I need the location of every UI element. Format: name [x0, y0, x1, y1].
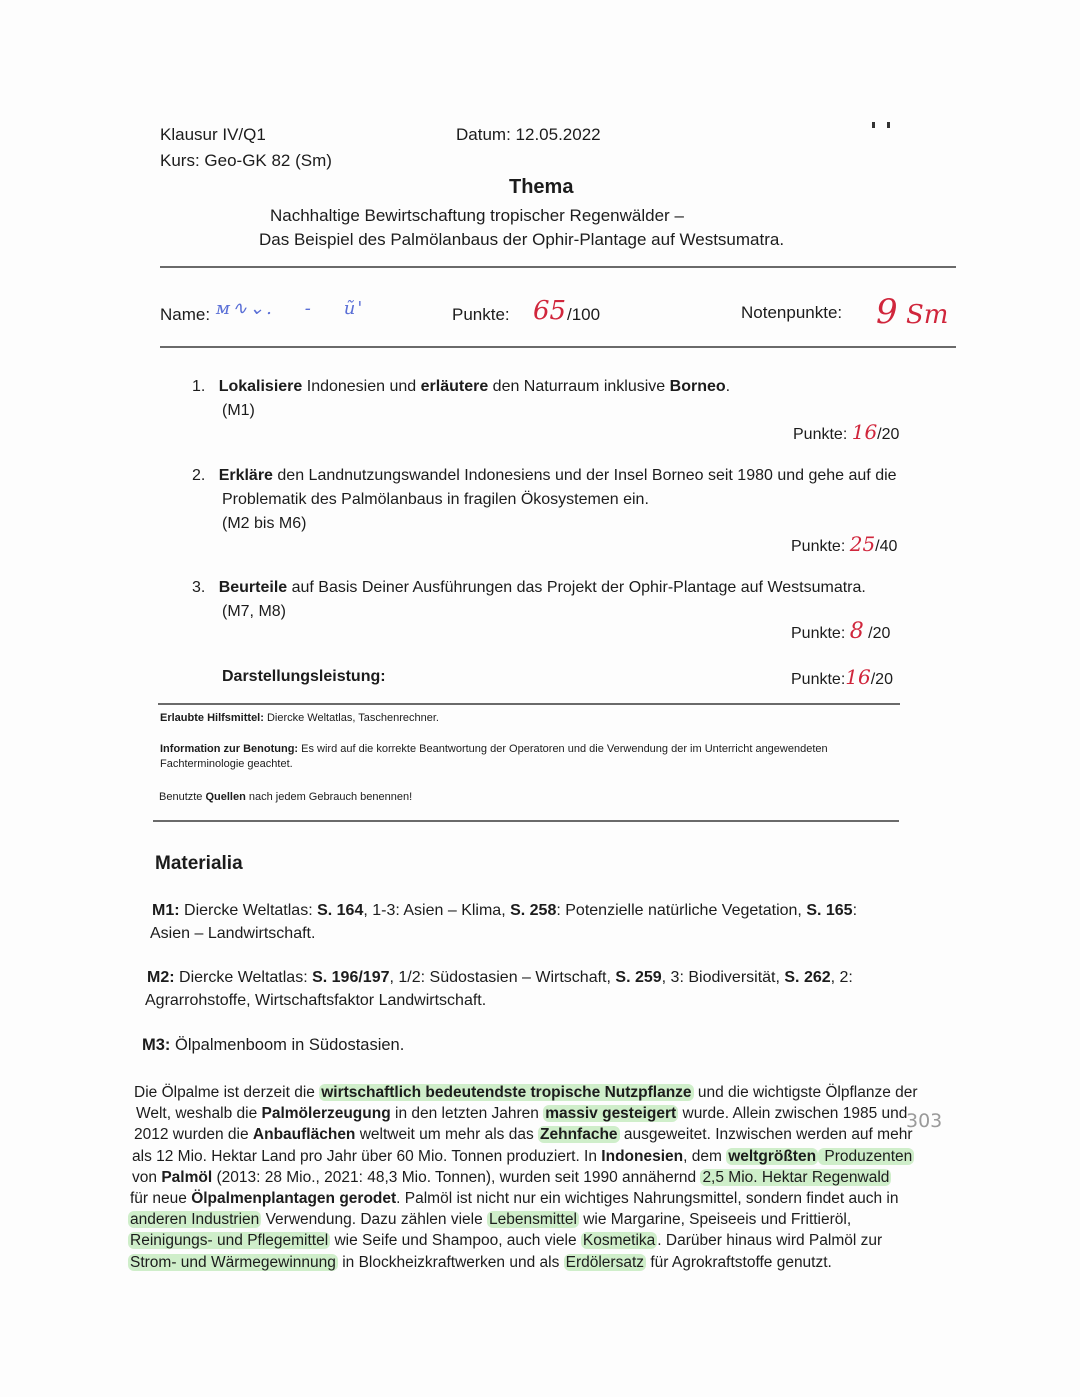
highlighted-term: anderen Industrien [128, 1211, 261, 1228]
task-2-materials: (M2 bis M6) [222, 513, 306, 535]
allowed-aids: Erlaubte Hilfsmittel: Diercke Weltatlas,… [160, 711, 439, 726]
highlighted-term: Kosmetika [581, 1232, 657, 1249]
m3-title: Ölpalmenboom in Südostasien. [170, 1036, 404, 1054]
sources-note: Benutzte Quellen nach jedem Gebrauch ben… [159, 790, 412, 805]
task-1-text: . [726, 378, 730, 395]
m2-page: S. 259 [615, 969, 661, 986]
notes-bottom-divider [153, 820, 899, 822]
text-segment: weltweit um mehr als das [355, 1126, 538, 1143]
topic-heading: Thema [509, 176, 573, 198]
exam-date: Datum: 12.05.2022 [456, 124, 601, 146]
m1-text: , 1-3: Asien – Klima, [363, 902, 510, 919]
text-segment: wie Seife und Shampoo, auch viele [330, 1232, 581, 1249]
name-label: Name: [160, 304, 210, 326]
allowed-aids-text: Diercke Weltatlas, Taschenrechner. [264, 712, 439, 724]
task-1-points-awarded: 16 [852, 420, 877, 444]
text-segment: , dem [683, 1148, 726, 1165]
text-segment: Die Ölpalme ist derzeit die [134, 1084, 319, 1101]
task-3-materials: (M7, M8) [222, 601, 286, 623]
task-1-materials: (M1) [222, 400, 255, 422]
m2-text: , 2: [831, 969, 853, 986]
m3-paragraph-line: anderen Industrien Verwendung. Dazu zähl… [128, 1209, 904, 1230]
highlighted-term: Lebensmittel [487, 1211, 579, 1228]
operator-erklaere: Erkläre [219, 467, 273, 484]
m2-page: S. 262 [784, 969, 830, 986]
m3-label: M3: [142, 1036, 170, 1054]
text-segment: Verwendung. Dazu zählen viele [261, 1211, 487, 1228]
task-2-number: 2. [192, 467, 205, 484]
text-segment: von [132, 1169, 161, 1186]
name-field[interactable]: ᴍ∿⌄. - ũ' [216, 298, 406, 338]
total-points-awarded: 65 [533, 296, 566, 326]
topic-line-1: Nachhaltige Bewirtschaftung tropischer R… [270, 205, 684, 227]
grader-initials: Sm [906, 300, 948, 330]
m3-paragraph-line: von Palmöl (2013: 28 Mio., 2021: 48,3 Mi… [128, 1167, 904, 1188]
sources-note-text: Benutzte [159, 791, 205, 803]
sources-keyword: Quellen [205, 791, 245, 803]
scan-mark [872, 122, 890, 128]
highlighted-term: Zehnfache [538, 1126, 620, 1143]
text-segment: und die wichtigste Ölpflanze der [694, 1084, 918, 1101]
m3-paragraph-line: Die Ölpalme ist derzeit die wirtschaftli… [128, 1082, 904, 1103]
task-3-points-max: /20 [868, 625, 890, 642]
course-label: Kurs: Geo-GK 82 (Sm) [160, 150, 332, 172]
task-3: 3. Beurteile auf Basis Deiner Ausführung… [192, 577, 866, 599]
task-3-text: auf Basis Deiner Ausführungen das Projek… [287, 579, 866, 596]
highlighted-term: weltgrößten [726, 1148, 818, 1165]
m1-text: : [853, 902, 857, 919]
text-segment: wurde. Allein zwischen 1985 und [678, 1105, 907, 1122]
total-points-max: /100 [567, 304, 600, 326]
grading-info-text: Es wird auf die korrekte Beantwortung de… [298, 743, 828, 755]
m2-text: , 3: Biodiversität, [662, 969, 785, 986]
operator-lokalisiere: Lokalisiere [219, 378, 303, 395]
presentation-points: Punkte:16/20 [791, 666, 893, 691]
grading-info-label: Information zur Benotung: [160, 743, 298, 755]
m1-page: S. 258 [510, 902, 556, 919]
task-2-line-2: Problematik des Palmölanbaus in fragilen… [222, 489, 649, 511]
task-1-points-max: /20 [877, 426, 899, 443]
presentation-label: Darstellungsleistung: [222, 666, 386, 688]
notes-top-divider [158, 703, 900, 705]
text-segment: Welt, weshalb die [136, 1105, 262, 1122]
material-m1-line-2: Asien – Landwirtschaft. [150, 923, 315, 945]
points-label: Punkte: [791, 625, 845, 642]
material-m1: M1: Diercke Weltatlas: S. 164, 1-3: Asie… [152, 900, 857, 922]
m3-paragraph: Die Ölpalme ist derzeit die wirtschaftli… [128, 1082, 904, 1273]
exam-title: Klausur IV/Q1 [160, 124, 266, 146]
points-label: Punkte: [793, 426, 847, 443]
text-segment: 2012 wurden die [134, 1126, 253, 1143]
task-1-text: Indonesien und [302, 378, 420, 395]
score-divider [160, 346, 956, 348]
highlighted-term: Erdölersatz [564, 1254, 646, 1271]
operator-beurteile: Beurteile [219, 579, 287, 596]
m1-label: M1: [152, 902, 180, 919]
highlighted-term: massiv gesteigert [543, 1105, 678, 1122]
highlighted-term: Strom- und Wärmegewinnung [128, 1254, 338, 1271]
text-segment: wie Margarine, Speiseeis und Frittieröl, [579, 1211, 851, 1228]
m2-label: M2: [147, 969, 175, 986]
material-m3: M3: Ölpalmenboom in Südostasien. [142, 1034, 404, 1056]
task-2-points-max: /40 [875, 538, 897, 555]
presentation-points-max: /20 [871, 671, 893, 688]
task-2: 2. Erkläre den Landnutzungswandel Indone… [192, 465, 897, 487]
allowed-aids-label: Erlaubte Hilfsmittel: [160, 712, 264, 724]
task-1-number: 1. [192, 378, 205, 395]
total-points-label: Punkte: [452, 304, 510, 326]
material-m2: M2: Diercke Weltatlas: S. 196/197, 1/2: … [147, 967, 853, 989]
task-2-points-awarded: 25 [850, 532, 875, 556]
text-segment: ausgeweitet. Inzwischen werden auf mehr [620, 1126, 913, 1143]
date-value: 12.05.2022 [516, 125, 601, 144]
m1-text: Diercke Weltatlas: [180, 902, 318, 919]
task-2-text: den Landnutzungswandel Indonesiens und d… [273, 467, 897, 484]
m3-paragraph-line: als 12 Mio. Hektar Land pro Jahr über 60… [128, 1146, 904, 1167]
bold-term: Palmölerzeugung [262, 1105, 391, 1122]
m3-paragraph-line: Reinigungs- und Pflegemittel wie Seife u… [128, 1230, 904, 1251]
task-1-points: Punkte: 16/20 [793, 421, 899, 446]
grade-awarded: 9 [876, 292, 898, 332]
text-segment: in den letzten Jahren [391, 1105, 544, 1122]
highlighted-term: wirtschaftlich bedeutendste tropische Nu… [319, 1084, 693, 1101]
bold-term: Anbauflächen [253, 1126, 355, 1143]
text-segment: für Agrokraftstoffe genutzt. [646, 1254, 832, 1271]
text-segment: in Blockheizkraftwerken und als [338, 1254, 564, 1271]
header-divider [160, 266, 956, 268]
highlighted-term: 2,5 Mio. Hektar Regenwald [700, 1169, 891, 1186]
task-2-points: Punkte: 25/40 [791, 533, 897, 558]
task-3-points-awarded: 8 [850, 619, 864, 644]
grade-label: Notenpunkte: [741, 302, 842, 324]
m3-paragraph-line: 2012 wurden die Anbauflächen weltweit um… [128, 1124, 904, 1145]
bold-term: Palmöl [161, 1169, 212, 1186]
materials-heading: Materialia [155, 853, 243, 875]
bold-term: Ölpalmenplantagen gerodet [191, 1190, 396, 1207]
text-segment: . Darüber hinaus wird Palmöl zur [657, 1232, 882, 1249]
operator-erlaeutere: erläutere [421, 378, 489, 395]
topic-line-2: Das Beispiel des Palmölanbaus der Ophir-… [259, 229, 784, 251]
m2-page: S. 196/197 [312, 969, 389, 986]
material-m2-line-2: Agrarrohstoffe, Wirtschaftsfaktor Landwi… [145, 990, 486, 1012]
date-label: Datum: [456, 125, 511, 144]
highlighted-term: Produzenten [818, 1148, 914, 1165]
grading-info: Information zur Benotung: Es wird auf di… [160, 742, 920, 772]
task-1-keyword: Borneo [670, 378, 726, 395]
m3-paragraph-line: Strom- und Wärmegewinnung in Blockheizkr… [128, 1252, 904, 1273]
m3-paragraph-line: für neue Ölpalmenplantagen gerodet. Palm… [128, 1188, 904, 1209]
points-label: Punkte: [791, 671, 845, 688]
task-1-text: den Naturraum inklusive [488, 378, 669, 395]
text-segment: als 12 Mio. Hektar Land pro Jahr über 60… [132, 1148, 601, 1165]
bold-term: Indonesien [601, 1148, 683, 1165]
grading-info-text-2: Fachterminologie geachtet. [160, 758, 293, 770]
text-segment: . Palmöl ist nicht nur ein wichtiges Nah… [396, 1190, 898, 1207]
sources-note-text: nach jedem Gebrauch benennen! [246, 791, 412, 803]
m2-text: , 1/2: Südostasien – Wirtschaft, [390, 969, 616, 986]
task-1: 1. Lokalisiere Indonesien und erläutere … [192, 376, 730, 398]
m1-page: S. 165 [806, 902, 852, 919]
task-3-number: 3. [192, 579, 205, 596]
text-segment: für neue [130, 1190, 191, 1207]
points-label: Punkte: [791, 538, 845, 555]
m3-paragraph-line: Welt, weshalb die Palmölerzeugung in den… [128, 1103, 904, 1124]
m1-text: : Potenzielle natürliche Vegetation, [556, 902, 806, 919]
m2-text: Diercke Weltatlas: [175, 969, 313, 986]
presentation-points-awarded: 16 [845, 665, 870, 689]
highlighted-term: Reinigungs- und Pflegemittel [128, 1232, 330, 1249]
margin-note: 303 [906, 1110, 942, 1132]
text-segment: (2013: 28 Mio., 2021: 48,3 Mio. Tonnen),… [212, 1169, 700, 1186]
task-3-points: Punkte: 8 /20 [791, 621, 890, 645]
m1-page: S. 164 [317, 902, 363, 919]
